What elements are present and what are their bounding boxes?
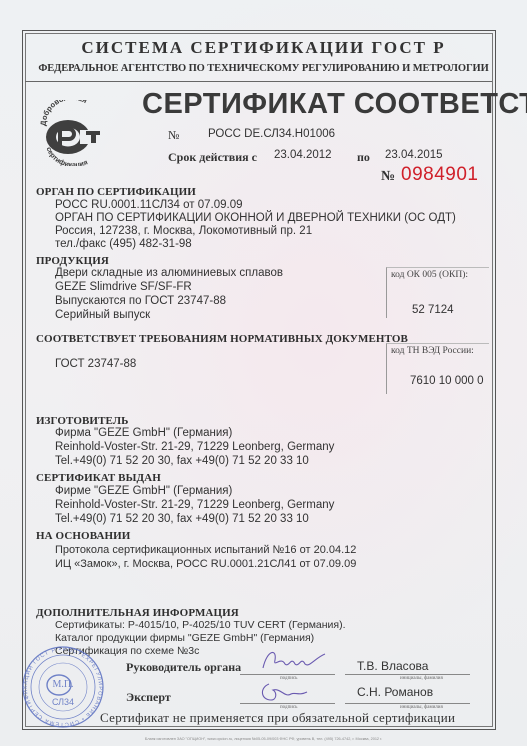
certificate-title: СЕРТИФИКАТ СООТВЕТСТВИЯ	[142, 88, 527, 121]
footer-note: Сертификат не применяется при обязательн…	[100, 710, 455, 726]
basis-heading: НА ОСНОВАНИИ	[36, 530, 130, 542]
valid-from: 23.04.2012	[274, 149, 332, 161]
head-signature-icon	[255, 646, 330, 674]
okp-code-value: 52 7124	[412, 304, 454, 316]
issued-to-heading: СЕРТИФИКАТ ВЫДАН	[36, 472, 161, 484]
stamp-center-text: М.П.	[52, 679, 73, 690]
compliance-line: ГОСТ 23747-88	[55, 358, 136, 370]
additional-info-line: Сертификаты: Р-4015/10, Р-4025/10 TUV CE…	[55, 619, 346, 631]
basis-line: ИЦ «Замок», г. Москва, РОСС RU.0001.21СЛ…	[55, 558, 356, 570]
expert-signature-icon	[255, 678, 315, 704]
expert-name: С.Н. Романов	[357, 685, 433, 699]
certification-body-line: ОРГАН ПО СЕРТИФИКАЦИИ ОКОННОЙ И ДВЕРНОЙ …	[55, 212, 456, 224]
expert-role-label: Эксперт	[126, 690, 171, 705]
compliance-heading: СООТВЕТСТВУЕТ ТРЕБОВАНИЯМ НОРМАТИВНЫХ ДО…	[36, 333, 408, 345]
product-heading: ПРОДУКЦИЯ	[36, 255, 109, 267]
official-seal-icon: РОСТЕХРЕГУЛИРОВАНИЕ • СИСТЕМА СЕРТИФИКАЦ…	[21, 645, 105, 729]
issued-to-line: Фирме "GEZE GmbH" (Германия)	[55, 485, 232, 497]
product-line: Двери складные из алюминиевых сплавов	[55, 267, 283, 279]
product-line: Выпускаются по ГОСТ 23747-88	[55, 295, 226, 307]
valid-to: 23.04.2015	[385, 149, 443, 161]
issued-to-line: Tel.+49(0) 71 52 20 30, fax +49(0) 71 52…	[55, 513, 309, 525]
okp-code-label: код ОК 005 (ОКП):	[391, 270, 468, 280]
header-divider	[25, 81, 492, 82]
head-name-line	[345, 674, 470, 675]
certification-body-line: тел./факс (495) 482-31-98	[55, 238, 192, 250]
tnved-code-label: код ТН ВЭД России:	[391, 346, 474, 356]
manufacturer-line: Tel.+49(0) 71 52 20 30, fax +49(0) 71 52…	[55, 455, 309, 467]
product-line: GEZE Slimdrive SF/SF-FR	[55, 281, 192, 293]
head-name-caption: инициалы, фамилия	[400, 676, 443, 681]
certification-body-line: Россия, 127238, г. Москва, Локомотивный …	[55, 225, 312, 237]
head-signature-line	[240, 674, 335, 675]
serial-label: №	[381, 169, 395, 185]
head-role-label: Руководитель органа	[126, 660, 241, 675]
manufacturer-heading: ИЗГОТОВИТЕЛЬ	[36, 415, 128, 427]
expert-name-line	[345, 703, 470, 704]
printer-line: Бланк изготовлен ЗАО "ОПЦИОН", www.opcio…	[0, 737, 527, 741]
certification-body-heading: ОРГАН ПО СЕРТИФИКАЦИИ	[36, 186, 196, 198]
additional-info-heading: ДОПОЛНИТЕЛЬНАЯ ИНФОРМАЦИЯ	[36, 607, 239, 619]
certification-body-line: РОСС RU.0001.11СЛ34 от 07.09.09	[55, 199, 243, 211]
product-line: Серийный выпуск	[55, 309, 150, 321]
manufacturer-line: Reinhold-Voster-Str. 21-29, 71229 Leonbe…	[55, 441, 334, 453]
agency-name: ФЕДЕРАЛЬНОЕ АГЕНТСТВО ПО ТЕХНИЧЕСКОМУ РЕ…	[0, 63, 527, 74]
rst-logo-icon: Добровольная сертификация	[36, 100, 108, 166]
stamp-code: СЛ34	[52, 697, 74, 707]
system-title: СИСТЕМА СЕРТИФИКАЦИИ ГОСТ Р	[0, 38, 527, 58]
basis-line: Протокола сертификационных испытаний №16…	[55, 544, 356, 556]
issued-to-line: Reinhold-Voster-Str. 21-29, 71229 Leonbe…	[55, 499, 334, 511]
valid-to-label: по	[357, 150, 370, 165]
validity-label: Срок действия с	[168, 150, 257, 165]
tnved-code-value: 7610 10 000 0	[410, 375, 484, 387]
serial-number: 0984901	[401, 164, 478, 186]
additional-info-line: Каталог продукции фирмы "GEZE GmbH" (Гер…	[55, 632, 314, 644]
certificate-number: РОСС DE.СЛ34.Н01006	[208, 128, 335, 140]
manufacturer-line: Фирма "GEZE GmbH" (Германия)	[55, 427, 232, 439]
number-label: №	[168, 128, 179, 143]
head-name: Т.В. Власова	[357, 659, 428, 673]
